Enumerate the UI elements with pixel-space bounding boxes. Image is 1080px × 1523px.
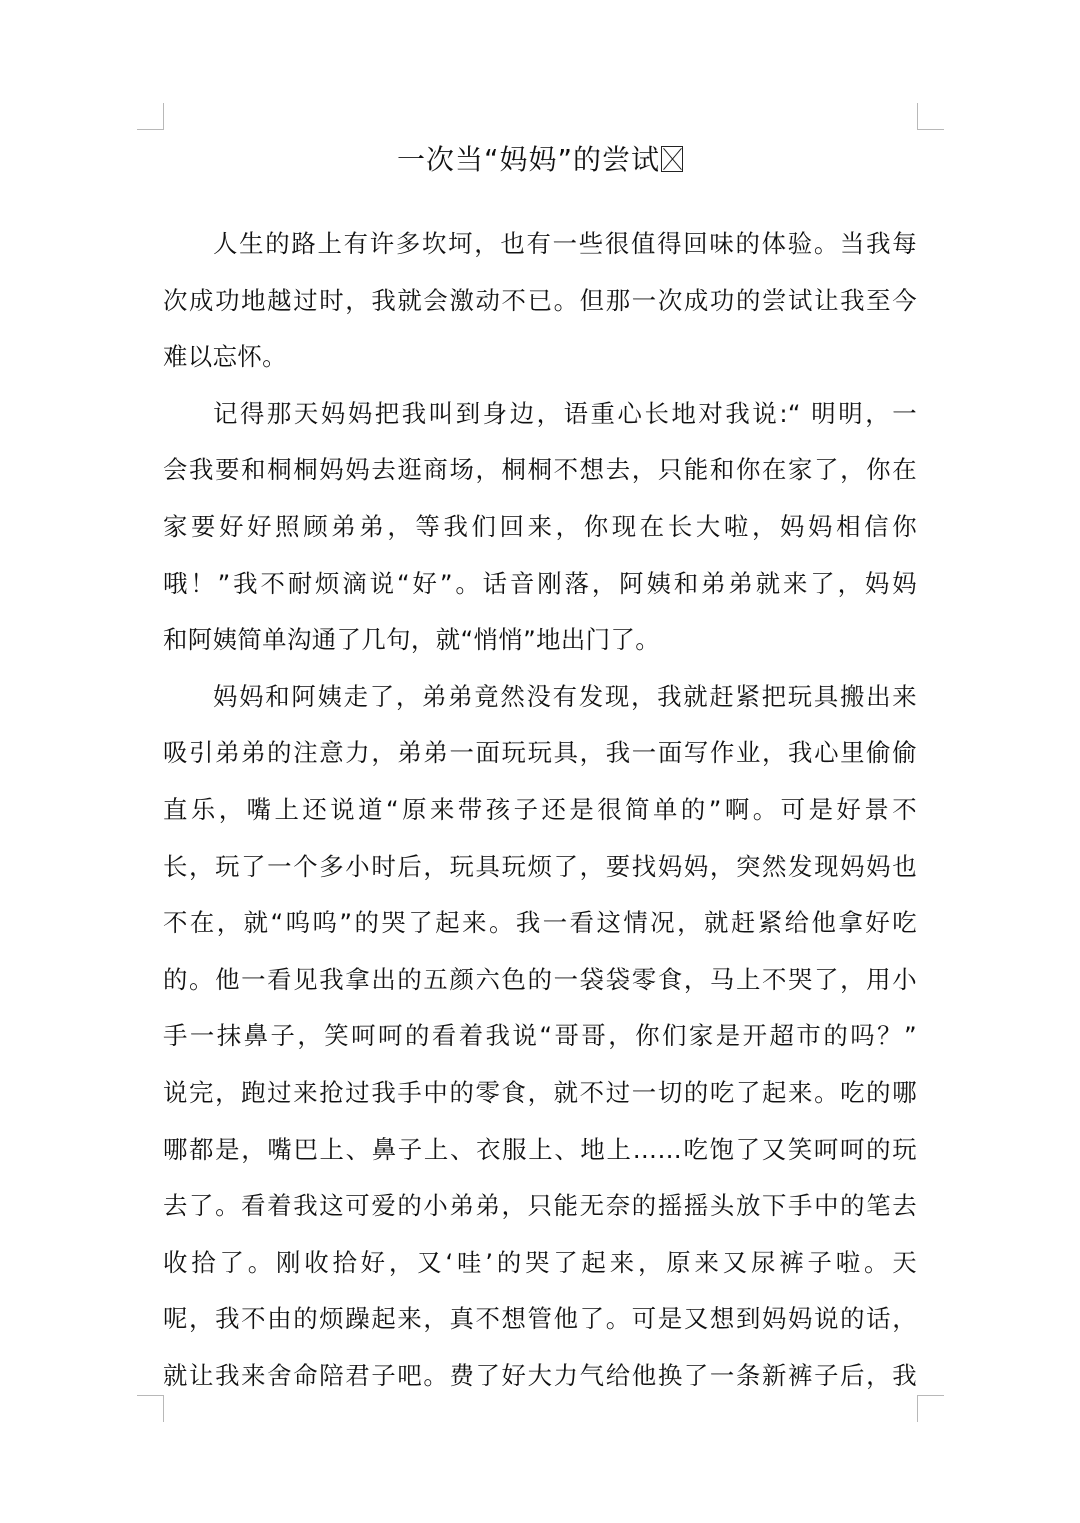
page-corner-mark-bottom-right	[917, 1395, 944, 1422]
body-line: 难以忘怀。	[163, 329, 917, 386]
page-corner-mark-top-right	[917, 103, 944, 130]
page-corner-mark-bottom-left	[137, 1395, 164, 1422]
body-line: 哪都是，嘴巴上、鼻子上、衣服上、地上……吃饱了又笑呵呵的玩	[163, 1122, 917, 1179]
body-line: 不在，就“呜呜”的哭了起来。我一看这情况，就赶紧给他拿好吃	[163, 895, 917, 952]
document-title-row: 一次当“妈妈”的尝试	[0, 138, 1080, 182]
missing-glyph-icon	[661, 146, 683, 172]
body-line: 吸引弟弟的注意力，弟弟一面玩玩具，我一面写作业，我心里偷偷	[163, 725, 917, 782]
body-line: 收拾了。刚收拾好，又‘哇’的哭了起来，原来又尿裤子啦。天	[163, 1235, 917, 1292]
body-line: 说完，跑过来抢过我手中的零食，就不过一切的吃了起来。吃的哪	[163, 1065, 917, 1122]
body-line: 的。他一看见我拿出的五颜六色的一袋袋零食，马上不哭了，用小	[163, 952, 917, 1009]
body-line: 人生的路上有许多坎坷，也有一些很值得回味的体验。当我每	[163, 216, 917, 273]
body-line: 记得那天妈妈把我叫到身边，语重心长地对我说:“ 明明，一	[163, 386, 917, 443]
body-line: 次成功地越过时，我就会激动不已。但那一次成功的尝试让我至今	[163, 273, 917, 330]
body-line: 就让我来舍命陪君子吧。费了好大力气给他换了一条新裤子后，我	[163, 1348, 917, 1405]
body-line: 妈妈和阿姨走了，弟弟竟然没有发现，我就赶紧把玩具搬出来	[163, 669, 917, 726]
body-line: 会我要和桐桐妈妈去逛商场，桐桐不想去，只能和你在家了，你在	[163, 442, 917, 499]
document-body: 人生的路上有许多坎坷，也有一些很值得回味的体验。当我每 次成功地越过时，我就会激…	[163, 216, 917, 1404]
body-line: 手一抹鼻子，笑呵呵的看着我说“哥哥，你们家是开超市的吗？”	[163, 1008, 917, 1065]
body-line: 哦！”我不耐烦滴说“好”。话音刚落，阿姨和弟弟就来了，妈妈	[163, 556, 917, 613]
body-line: 直乐，嘴上还说道“原来带孩子还是很简单的”啊。可是好景不	[163, 782, 917, 839]
page-corner-mark-top-left	[137, 103, 164, 130]
body-line: 长，玩了一个多小时后，玩具玩烦了，要找妈妈，突然发现妈妈也	[163, 839, 917, 896]
document-title: 一次当“妈妈”的尝试	[397, 143, 660, 176]
body-line: 和阿姨简单沟通了几句，就“悄悄”地出门了。	[163, 612, 917, 669]
body-line: 呢，我不由的烦躁起来，真不想管他了。可是又想到妈妈说的话，	[163, 1291, 917, 1348]
body-line: 家要好好照顾弟弟，等我们回来，你现在长大啦，妈妈相信你	[163, 499, 917, 556]
body-line: 去了。看着我这可爱的小弟弟，只能无奈的摇摇头放下手中的笔去	[163, 1178, 917, 1235]
